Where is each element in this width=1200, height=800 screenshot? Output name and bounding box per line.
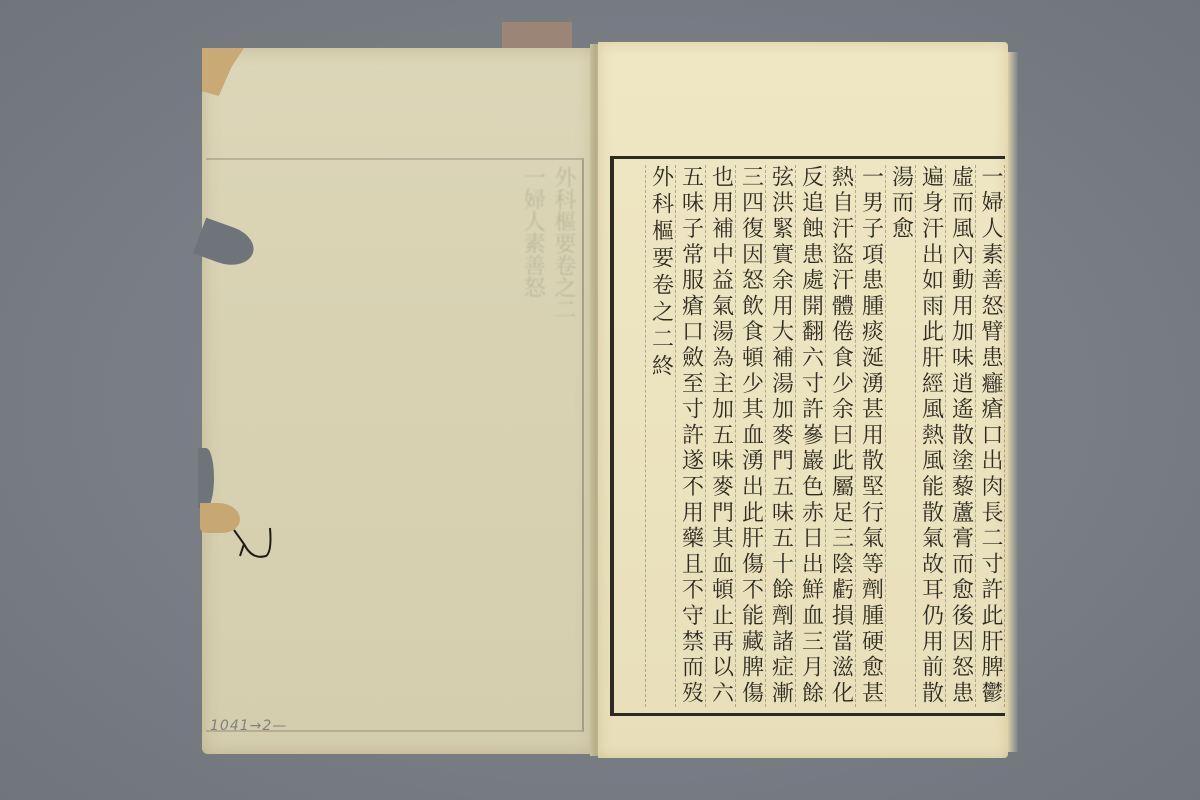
text-column: 一男子項患腫痰涎湧甚用散堅行氣等劑腫硬愈甚喘氣發 bbox=[855, 165, 885, 707]
column-text: 遍身汗出如雨此肝經風熱風能散氣故耳仍用前散并八珍 bbox=[917, 165, 945, 707]
column-text: 一婦人素善怒臂患癰瘡口出肉長二寸許此肝脾鬱怒氣血 bbox=[976, 165, 1004, 707]
ghost-column bbox=[488, 166, 516, 722]
column-text: 湯而愈 bbox=[887, 165, 915, 707]
torn-corner bbox=[202, 48, 244, 96]
ghost-column bbox=[458, 166, 486, 722]
text-column: 虛而風內動用加味逍遙散塗藜蘆膏而愈後因怒患處脹悶 bbox=[945, 165, 975, 707]
text-column: 三四復因怒飲食頓少其血湧出此肝傷不能藏脾傷不能攝 bbox=[735, 165, 765, 707]
column-text: 反追蝕患處開翻六寸許嵾巖色赤日出鮮血三月餘矣肝脈 bbox=[797, 165, 825, 707]
printed-text-frame: 一婦人素善怒臂患癰瘡口出肉長二寸許此肝脾鬱怒氣血 虛而風內動用加味逍遙散塗藜蘆膏… bbox=[610, 156, 1005, 716]
pencil-annotation: 1041→2— bbox=[210, 718, 287, 734]
book-spread: 外科樞要卷之二 一婦人素善怒 1041→2— 一婦人素善怒臂患癰瘡口出肉長二寸許… bbox=[0, 0, 1200, 800]
show-through-text: 外科樞要卷之二 一婦人素善怒 bbox=[212, 166, 578, 722]
thread-fragment-icon bbox=[232, 526, 282, 566]
text-column: 也用補中益氣湯為主加五味麥門其血頓止再以六味丸加 bbox=[705, 165, 735, 707]
column-text: 五味子常服瘡口斂至寸許遂不用藥且不守禁而歿 bbox=[677, 165, 705, 707]
ghost-column bbox=[396, 166, 424, 722]
ghost-column bbox=[304, 166, 332, 722]
ghost-column bbox=[335, 166, 363, 722]
right-page: 一婦人素善怒臂患癰瘡口出肉長二寸許此肝脾鬱怒氣血 虛而風內動用加味逍遙散塗藜蘆膏… bbox=[598, 42, 1008, 758]
edge-damage bbox=[198, 448, 214, 508]
text-column: 熱自汗盜汗體倦食少余曰此屬足三陰虧損當滋化源不信 bbox=[825, 165, 855, 707]
colophon-text: 外科樞要卷之二終 bbox=[647, 165, 675, 707]
text-column: 遍身汗出如雨此肝經風熱風能散氣故耳仍用前散并八珍 bbox=[915, 165, 945, 707]
text-column: 一婦人素善怒臂患癰瘡口出肉長二寸許此肝脾鬱怒氣血 bbox=[975, 165, 1005, 707]
text-column: 反追蝕患處開翻六寸許嵾巖色赤日出鮮血三月餘矣肝脈 bbox=[795, 165, 825, 707]
column-text: 弦洪緊實余用大補湯加麥門五味五十餘劑諸症漸愈血止 bbox=[767, 165, 795, 707]
text-column: 五味子常服瘡口斂至寸許遂不用藥且不守禁而歿 bbox=[675, 165, 705, 707]
column-text: 也用補中益氣湯為主加五味麥門其血頓止再以六味丸加 bbox=[707, 165, 735, 707]
text-column: 湯而愈 bbox=[885, 165, 915, 707]
column-text: 熱自汗盜汗體倦食少余曰此屬足三陰虧損當滋化源不信 bbox=[827, 165, 855, 707]
ghost-column: 外科樞要卷之二 bbox=[550, 166, 578, 722]
ghost-column: 一婦人素善怒 bbox=[519, 166, 547, 722]
ghost-column bbox=[427, 166, 455, 722]
ghost-column bbox=[273, 166, 301, 722]
ghost-column bbox=[366, 166, 394, 722]
text-column: 弦洪緊實余用大補湯加麥門五味五十餘劑諸症漸愈血止 bbox=[765, 165, 795, 707]
colophon-column: 外科樞要卷之二終 bbox=[645, 165, 675, 707]
column-text: 三四復因怒飲食頓少其血湧出此肝傷不能藏脾傷不能攝 bbox=[737, 165, 765, 707]
column-text: 一男子項患腫痰涎湧甚用散堅行氣等劑腫硬愈甚喘氣發 bbox=[857, 165, 885, 707]
column-text: 虛而風內動用加味逍遙散塗藜蘆膏而愈後因怒患處脹悶 bbox=[947, 165, 975, 707]
text-columns: 一婦人素善怒臂患癰瘡口出肉長二寸許此肝脾鬱怒氣血 虛而風內動用加味逍遙散塗藜蘆膏… bbox=[618, 165, 1005, 707]
left-page: 外科樞要卷之二 一婦人素善怒 1041→2— bbox=[202, 48, 594, 754]
